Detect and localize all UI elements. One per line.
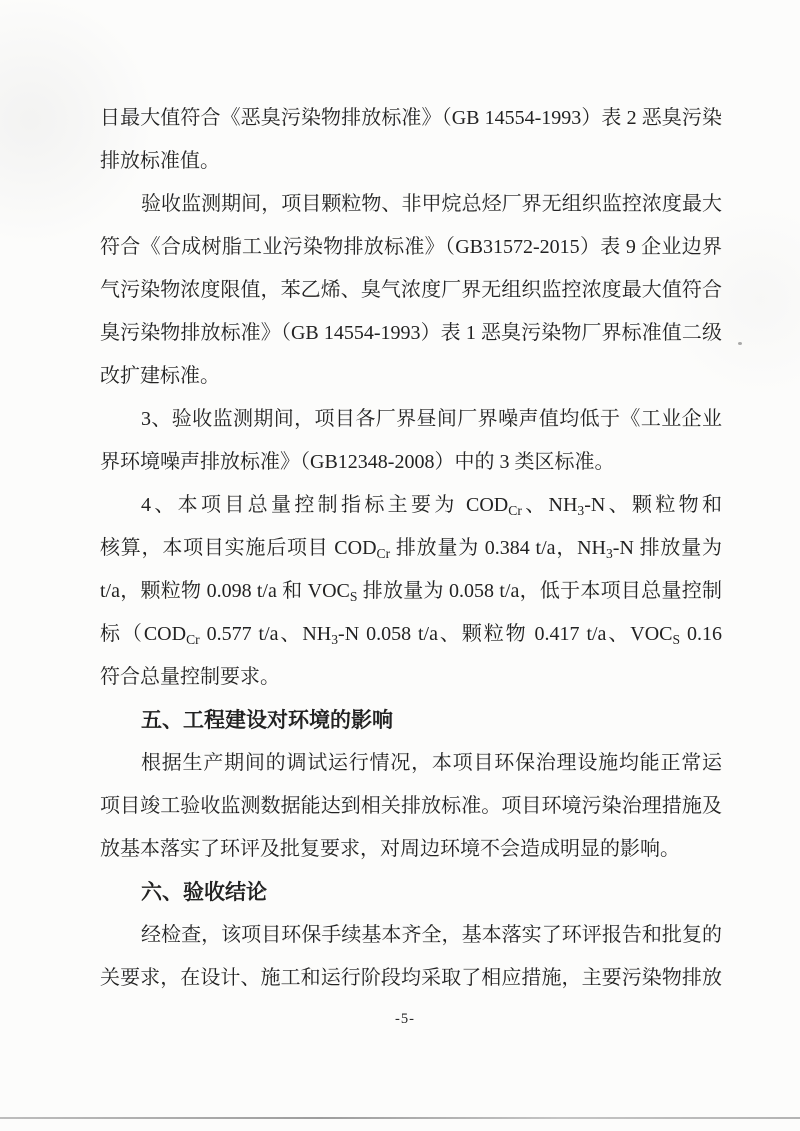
section-5-heading: 五、工程建设对环境的影响 (100, 699, 722, 742)
text-line: 3、验收监测期间，项目各厂界昼间厂界噪声值均低于《工业企业厂 (100, 398, 722, 441)
text-line: 符合总量控制要求。 (100, 656, 722, 699)
text-line: 经检查，该项目环保手续基本齐全，基本落实了环评报告和批复的有 (100, 914, 722, 957)
text-line: 符合《合成树脂工业污染物排放标准》（GB31572-2015）表 9 企业边界大 (100, 226, 722, 269)
text-line: 4、本项目总量控制指标主要为 CODCr、NH3-N、颗粒物和 VOCS。经 (100, 484, 722, 527)
scan-artifact-dot (738, 342, 742, 345)
text-line: 排放标准值。 (100, 140, 722, 183)
document-page: 日最大值符合《恶臭污染物排放标准》（GB 14554-1993）表 2 恶臭污染… (0, 0, 800, 1131)
page-number: -5- (5, 1008, 800, 1030)
text-line: 臭污染物排放标准》（GB 14554-1993）表 1 恶臭污染物厂界标准值二级… (100, 312, 722, 355)
text-line: 项目竣工验收监测数据能达到相关排放标准。项目环境污染治理措施及排 (100, 785, 722, 828)
text-line: t/a，颗粒物 0.098 t/a 和 VOCS 排放量为 0.058 t/a，… (100, 570, 722, 613)
scan-edge-line (0, 1117, 800, 1119)
text-line: 改扩建标准。 (100, 355, 722, 398)
section-6-heading: 六、验收结论 (100, 871, 722, 914)
text-line: 日最大值符合《恶臭污染物排放标准》（GB 14554-1993）表 2 恶臭污染… (100, 97, 722, 140)
text-line: 验收监测期间，项目颗粒物、非甲烷总烃厂界无组织监控浓度最大值 (100, 183, 722, 226)
text-line: 界环境噪声排放标准》（GB12348-2008）中的 3 类区标准。 (100, 441, 722, 484)
text-line: 标（CODCr 0.577 t/a、NH3-N 0.058 t/a、颗粒物 0.… (100, 613, 722, 656)
text-line: 核算，本项目实施后项目 CODCr 排放量为 0.384 t/a，NH3-N 排… (100, 527, 722, 570)
text-line: 根据生产期间的调试运行情况，本项目环保治理设施均能正常运行， (100, 742, 722, 785)
text-line: 放基本落实了环评及批复要求，对周边环境不会造成明显的影响。 (100, 828, 722, 871)
text-line: 关要求，在设计、施工和运行阶段均采取了相应措施，主要污染物排放指 (100, 957, 722, 1000)
text-line: 气污染物浓度限值，苯乙烯、臭气浓度厂界无组织监控浓度最大值符合《恶 (100, 269, 722, 312)
document-body: 日最大值符合《恶臭污染物排放标准》（GB 14554-1993）表 2 恶臭污染… (100, 97, 722, 1000)
